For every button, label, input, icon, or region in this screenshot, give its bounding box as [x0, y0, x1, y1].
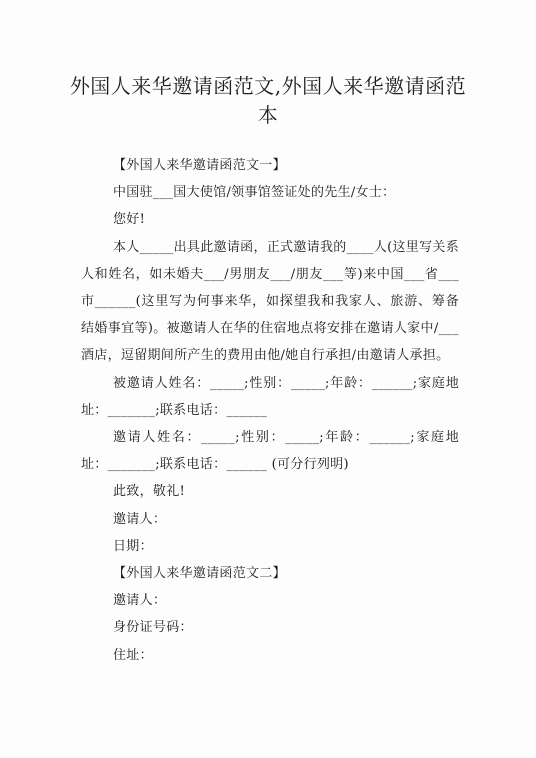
- section-heading-2: 【外国人来华邀请函范文二】: [81, 560, 459, 587]
- inviter-signature-line: 邀请人：: [81, 506, 459, 533]
- date-line: 日期：: [81, 533, 459, 560]
- document-body: 【外国人来华邀请函范文一】 中国驻___国大使馆/领事馆签证处的先生/女士： 您…: [81, 152, 459, 669]
- salutation-line: 中国驻___国大使馆/领事馆签证处的先生/女士：: [81, 179, 459, 206]
- invitee-info-paragraph: 被邀请人姓名：_____;性别：_____;年龄：______;家庭地址：___…: [81, 370, 459, 424]
- invitation-body-paragraph: 本人_____出具此邀请函，正式邀请我的____人(这里写关系人和姓名，如未婚夫…: [81, 234, 459, 370]
- closing-line: 此致，敬礼!: [81, 478, 459, 505]
- document-title: 外国人来华邀请函范文,外国人来华邀请函范本: [60, 72, 476, 130]
- greeting-line: 您好!: [81, 206, 459, 233]
- document-page: 外国人来华邀请函范文,外国人来华邀请函范本 【外国人来华邀请函范文一】 中国驻_…: [0, 0, 536, 758]
- section-heading-1: 【外国人来华邀请函范文一】: [81, 152, 459, 179]
- inviter-info-paragraph: 邀请人姓名：_____;性别：_____;年龄：______;家庭地址：____…: [81, 424, 459, 478]
- address-line: 住址：: [81, 642, 459, 669]
- id-number-line: 身份证号码：: [81, 614, 459, 641]
- inviter-line: 邀请人：: [81, 587, 459, 614]
